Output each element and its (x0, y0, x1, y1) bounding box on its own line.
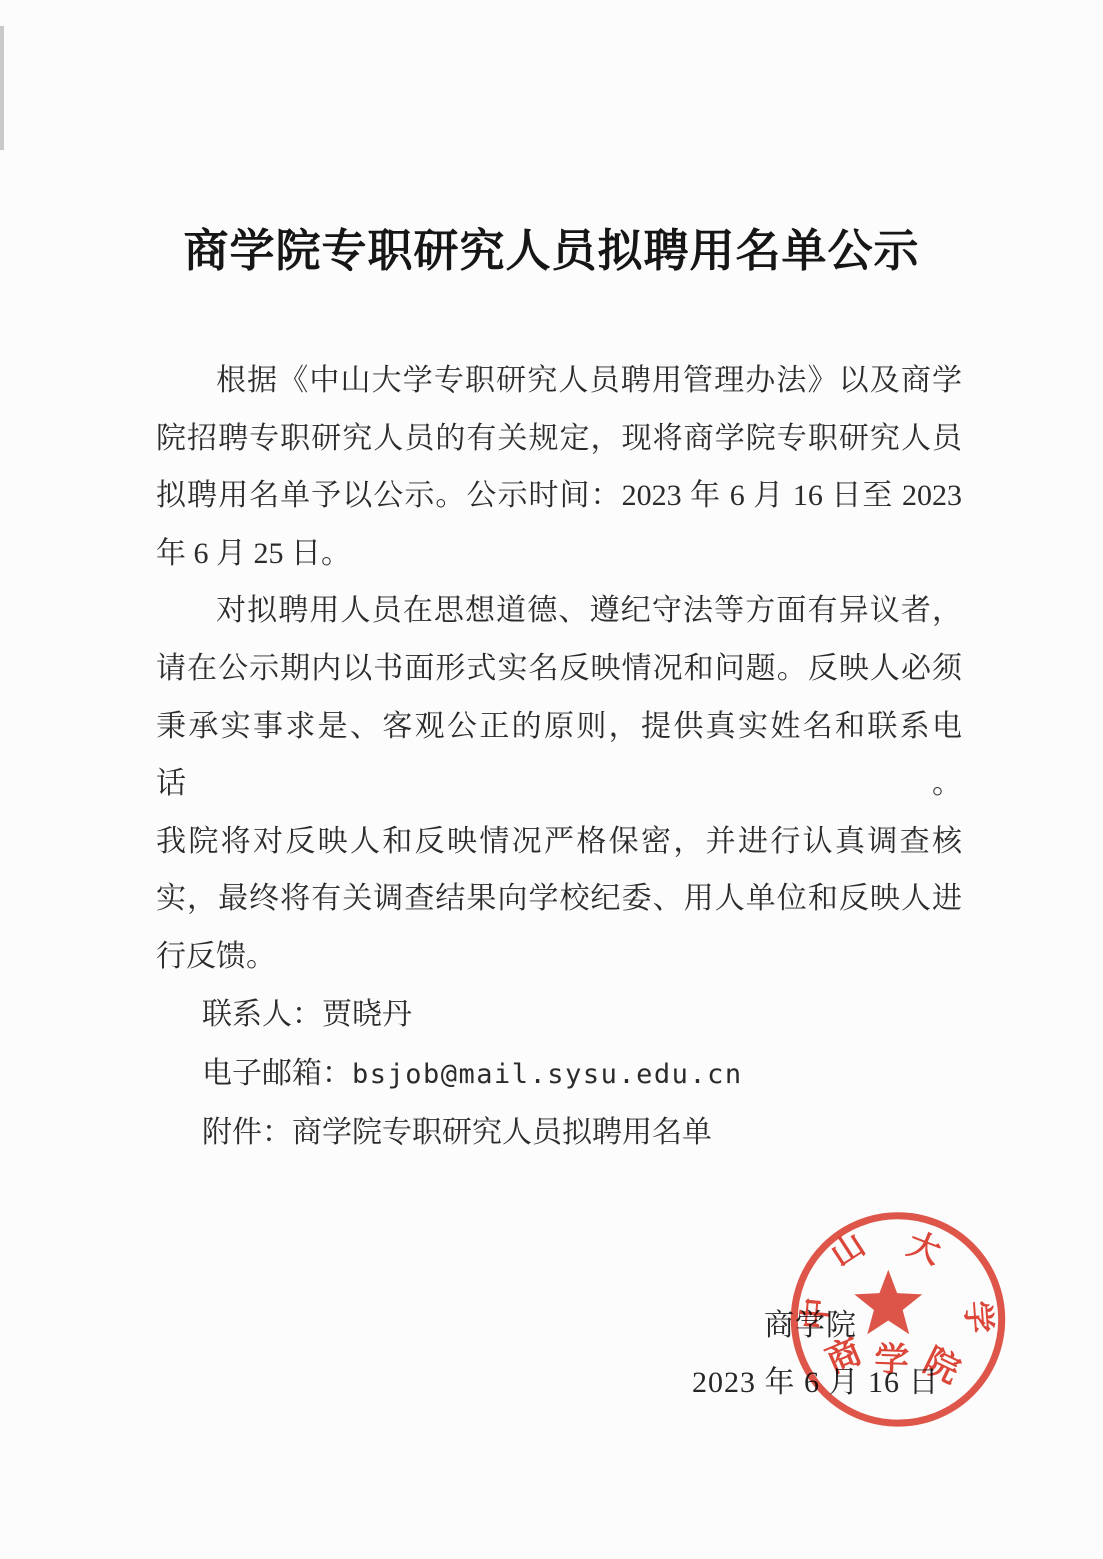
text-line: 根据《中山大学专职研究人员聘用管理办法》以及商学 (156, 352, 962, 410)
text-line: 院招聘专职研究人员的有关规定，现将商学院专职研究人员 (156, 410, 962, 468)
text-line: 秉承实事求是、客观公正的原则，提供真实姓名和联系电话。 (156, 698, 962, 813)
seal-ring-char: 学 (958, 1300, 997, 1335)
star-icon (854, 1270, 922, 1334)
text-line: 行反馈。 (156, 928, 962, 986)
seal-ring-char: 大 (902, 1225, 946, 1271)
text-line: 请在公示期内以书面形式实名反映情况和问题。反映人必须 (156, 640, 962, 698)
seal-bottom-char: 商 (821, 1332, 868, 1380)
email-address: bsjob@mail.sysu.edu.cn (352, 1059, 743, 1090)
contact-block: 联系人：贾晓丹 电子邮箱：bsjob@mail.sysu.edu.cn 附件：商… (156, 986, 962, 1163)
seal-ring-char: 中 (796, 1296, 836, 1331)
document-page: 商学院专职研究人员拟聘用名单公示 根据《中山大学专职研究人员聘用管理办法》以及商… (0, 0, 1103, 1559)
text-line: 我院将对反映人和反映情况严格保密，并进行认真调查核 (156, 813, 962, 871)
text-line: 对拟聘用人员在思想道德、遵纪守法等方面有异议者， (156, 582, 962, 640)
document-body: 根据《中山大学专职研究人员聘用管理办法》以及商学 院招聘专职研究人员的有关规定，… (156, 352, 962, 986)
seal-ring-char: 山 (825, 1226, 872, 1274)
text-line: 拟聘用名单予以公示。公示时间：2023 年 6 月 16 日至 2023 (156, 467, 962, 525)
contact-email-line: 电子邮箱：bsjob@mail.sysu.edu.cn (156, 1045, 962, 1105)
seal-bottom-char: 学 (874, 1341, 910, 1380)
contact-person-line: 联系人：贾晓丹 (156, 986, 962, 1045)
seal-bottom-char: 院 (918, 1342, 966, 1391)
attachment-line: 附件：商学院专职研究人员拟聘用名单 (156, 1104, 962, 1163)
email-label: 电子邮箱： (202, 1057, 352, 1090)
page-title: 商学院专职研究人员拟聘用名单公示 (0, 214, 1103, 279)
official-seal: 中 山 大 学 商 学 院 (779, 1206, 1017, 1435)
text-line: 实，最终将有关调查结果向学校纪委、用人单位和反映人进 (156, 870, 962, 928)
text-line: 年 6 月 25 日。 (156, 525, 962, 583)
scan-artifact (0, 26, 4, 150)
